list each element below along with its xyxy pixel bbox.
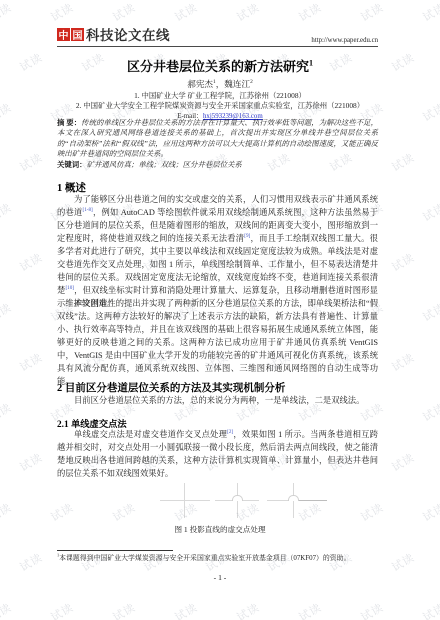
figure-cross-c-bridge-arc xyxy=(288,495,299,501)
watermark-text: 试读 xyxy=(0,499,14,525)
watermark-text: 试读 xyxy=(358,0,387,25)
watermark-text: 试读 xyxy=(17,549,46,575)
abstract: 摘 要：传统的单线区分井巷层位关系的方法存在计算量大、执行效率低等问题，为解决这… xyxy=(57,118,378,159)
watermark-text: 试读 xyxy=(420,499,440,525)
watermark-text: 试读 xyxy=(48,0,77,25)
site-url: http://www.paper.edu.cn xyxy=(311,37,378,44)
watermark-text: 试读 xyxy=(389,149,418,175)
watermark-text: 试读 xyxy=(420,399,440,425)
section-2-heading: 2 目前区分巷道层位关系的方法及其实现机制分析 xyxy=(57,380,378,395)
watermark-text: 试读 xyxy=(0,399,14,425)
abstract-label: 摘 要： xyxy=(57,118,81,127)
watermark-text: 试读 xyxy=(296,599,325,620)
watermark-text: 试读 xyxy=(234,0,263,25)
figure-cross-c-horizontal-right xyxy=(299,500,327,501)
watermark-text: 试读 xyxy=(17,249,46,275)
watermark-text: 试读 xyxy=(296,0,325,25)
watermark-text: 试读 xyxy=(17,349,46,375)
footnote-divider xyxy=(57,550,173,551)
watermark-text: 试读 xyxy=(234,599,263,620)
watermark-text: 试读 xyxy=(358,599,387,620)
keywords-text: 矿井通风仿真；单线；双线；区分井巷层位关系 xyxy=(87,160,242,169)
watermark-text: 试读 xyxy=(17,149,46,175)
logo-char-box: 中 xyxy=(57,28,70,41)
section-1-paragraph-2: 本文创造性的提出并实现了两种新的区分巷道层位关系的方法，即单线架桥法和“假双线”… xyxy=(57,297,378,388)
header-divider xyxy=(57,46,378,47)
watermark-text: 试读 xyxy=(420,199,440,225)
watermark-text: 试读 xyxy=(0,299,14,325)
watermark-text: 试读 xyxy=(110,0,139,25)
watermark-text: 试读 xyxy=(420,599,440,620)
paper-page: 中 国 科技论文在线 http://www.paper.edu.cn 区分井巷层… xyxy=(0,0,440,620)
site-logo: 中 国 科技论文在线 xyxy=(57,24,170,44)
figure-1-caption: 图 1 投影直线的虚交点处理 xyxy=(0,524,440,535)
watermark-text: 试读 xyxy=(172,0,201,25)
watermark-text: 试读 xyxy=(389,449,418,475)
keywords: 关键词：矿井通风仿真；单线；双线；区分井巷层位关系 xyxy=(57,160,378,170)
watermark-text: 试读 xyxy=(420,0,440,25)
watermark-text: 试读 xyxy=(389,249,418,275)
section-2-1-paragraph-1: 单线虚交点法是对虚交巷道作交叉点处理[2]，效果如图 1 所示。当两条巷道相互跨… xyxy=(57,428,378,480)
page-number: - 1 - xyxy=(0,573,440,582)
logo-char-box: 国 xyxy=(71,28,84,41)
paper-title: 区分井巷层位关系的新方法研究1 xyxy=(0,56,440,75)
figure-cross-a-horizontal-line xyxy=(160,500,210,501)
watermark-text: 试读 xyxy=(389,349,418,375)
figure-cross-b-bridge-arc xyxy=(232,495,243,501)
keywords-label: 关键词： xyxy=(57,160,87,169)
watermark-text: 试读 xyxy=(0,599,14,620)
section-1-paragraph-1: 为了能够区分出巷道之间的实交或虚交的关系，人们习惯用双线表示矿井通风系统的巷道[… xyxy=(57,193,378,310)
page-header: 中 国 科技论文在线 http://www.paper.edu.cn xyxy=(57,26,378,47)
authors-line: 郝宪杰1，魏连江2 xyxy=(0,78,440,90)
watermark-text: 试读 xyxy=(110,599,139,620)
watermark-text: 试读 xyxy=(17,449,46,475)
figure-cross-b-horizontal-left xyxy=(215,500,232,501)
watermark-text: 试读 xyxy=(0,199,14,225)
figure-cross-b-horizontal-right xyxy=(242,500,259,501)
logo-wordmark: 科技论文在线 xyxy=(86,24,170,44)
section-2-paragraph-1: 目前区分巷道层位关系的方法，总的来说分为两种，一是单线法，二是双线法。 xyxy=(57,394,378,407)
figure-1 xyxy=(57,482,378,522)
figure-cross-a-vertical-line xyxy=(184,483,185,518)
abstract-text: 传统的单线区分井巷层位关系的方法存在计算量大、执行效率低等问题，为解决这些不足，… xyxy=(57,118,378,158)
footnote: 1本课题得到中国矿业大学煤炭资源与安全开采国家重点实验室开放基金项目（07KF0… xyxy=(57,554,378,563)
watermark-text: 试读 xyxy=(172,599,201,620)
watermark-text: 试读 xyxy=(389,549,418,575)
abstract-block: 摘 要：传统的单线区分井巷层位关系的方法存在计算量大、执行效率低等问题，为解决这… xyxy=(57,118,378,170)
watermark-text: 试读 xyxy=(48,599,77,620)
figure-cross-c-horizontal-left xyxy=(267,500,289,501)
watermark-text: 试读 xyxy=(420,299,440,325)
watermark-text: 试读 xyxy=(0,0,14,25)
